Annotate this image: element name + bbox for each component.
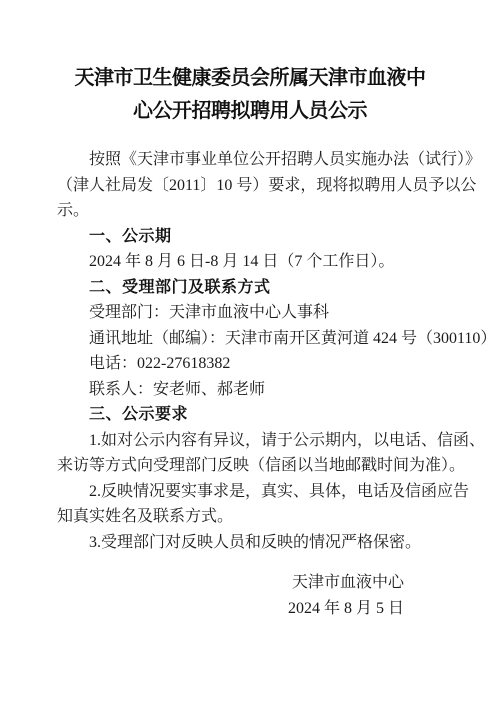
document-title: 天津市卫生健康委员会所属天津市血液中 心公开招聘拟聘用人员公示 xyxy=(0,62,500,128)
requirement-3: 3.受理部门对反映人员和反映的情况严格保密。 xyxy=(57,530,443,556)
section-2-heading: 二、受理部门及联系方式 xyxy=(57,275,443,301)
section-3-heading: 三、公示要求 xyxy=(57,402,443,428)
requirement-2-line-2: 知真实姓名及联系方式。 xyxy=(57,504,443,530)
signature-organization: 天津市血液中心 xyxy=(57,570,404,596)
intro-line-3: 示。 xyxy=(57,198,443,224)
contact-persons: 联系人：安老师、郝老师 xyxy=(57,377,443,403)
phone-number: 电话：022-27618382 xyxy=(57,351,443,377)
publicity-period-value: 2024 年 8 月 6 日-8 月 14 日（7 个工作日）。 xyxy=(57,249,443,275)
section-1-heading: 一、公示期 xyxy=(57,224,443,250)
requirement-1-line-2: 来访等方式向受理部门反映（信函以当地邮戳时间为准）。 xyxy=(57,453,443,479)
signature-block: 天津市血液中心 2024 年 8 月 5 日 xyxy=(57,570,443,621)
mailing-address: 通讯地址（邮编）：天津市南开区黄河道 424 号（300110） xyxy=(57,326,443,352)
requirement-2-line-1: 2.反映情况要实事求是，真实、具体，电话及信函应告 xyxy=(57,479,443,505)
title-line-2: 心公开招聘拟聘用人员公示 xyxy=(0,95,500,128)
requirement-1-line-1: 1.如对公示内容有异议，请于公示期内，以电话、信函、 xyxy=(57,428,443,454)
intro-line-2: （津人社局发〔2011〕10 号）要求，现将拟聘用人员予以公 xyxy=(57,173,443,199)
document-body: 按照《天津市事业单位公开招聘人员实施办法（试行）》 （津人社局发〔2011〕10… xyxy=(57,147,443,621)
document-page: 天津市卫生健康委员会所属天津市血液中 心公开招聘拟聘用人员公示 按照《天津市事业… xyxy=(0,0,500,707)
signature-date: 2024 年 8 月 5 日 xyxy=(57,596,404,622)
title-line-1: 天津市卫生健康委员会所属天津市血液中 xyxy=(0,62,500,95)
accepting-department: 受理部门：天津市血液中心人事科 xyxy=(57,300,443,326)
intro-line-1: 按照《天津市事业单位公开招聘人员实施办法（试行）》 xyxy=(57,147,443,173)
